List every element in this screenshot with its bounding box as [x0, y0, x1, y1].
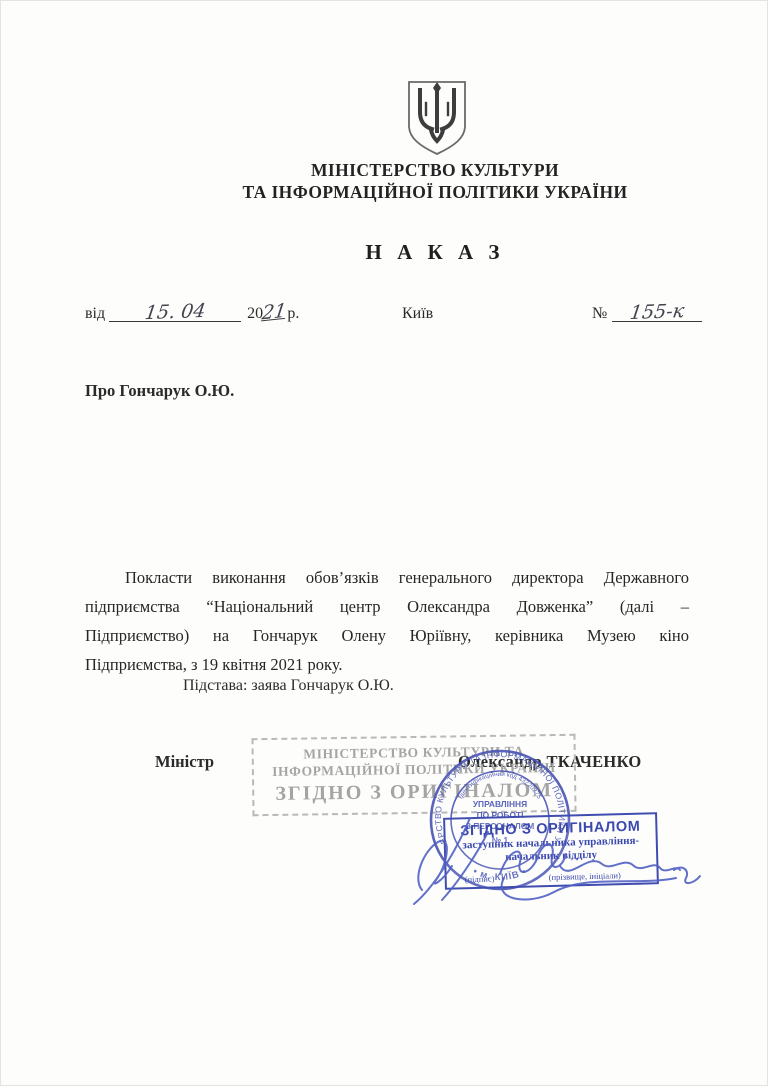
- svg-text:Ідентифікаційний код 43220275: Ідентифікаційний код 43220275: [457, 770, 542, 801]
- seal-center-line1: УПРАВЛІННЯ: [473, 799, 527, 809]
- minister-title: Міністр: [155, 752, 214, 772]
- body-line: підприємства “Національний центр Олексан…: [85, 592, 689, 621]
- basis-line: Підстава: заява Гончарук О.Ю.: [183, 677, 394, 695]
- name-caption: (прізвище, ініціали): [549, 870, 621, 882]
- ministry-name-line1: МІНІСТЕРСТВО КУЛЬТУРИ: [90, 160, 768, 181]
- signature-caption: (підпис): [465, 873, 495, 884]
- date-number-row: від15. 042021р. Київ №155-к: [0, 297, 768, 337]
- body-line: Підприємство) на Гончарук Олену Юріївну,…: [85, 621, 689, 650]
- order-document-page: МІНІСТЕРСТВО КУЛЬТУРИ ТА ІНФОРМАЦІЙНОЇ П…: [0, 0, 768, 1086]
- body-line: Підприємства, з 19 квітня 2021 року.: [85, 650, 689, 679]
- year-suffix: р.: [287, 305, 299, 322]
- order-title: Н А К А З: [90, 240, 768, 265]
- order-subject: Про Гончарук О.Ю.: [85, 381, 234, 401]
- handwritten-number: 155-к: [629, 304, 685, 321]
- blue-certification-stamp: ЗГІДНО З ОРИГІНАЛОМ заступник начальника…: [443, 812, 659, 890]
- trident-tip: [433, 82, 441, 94]
- number-blank-line: 155-к: [612, 305, 702, 322]
- seal-inner-ring-text: Ідентифікаційний код 43220275: [457, 770, 542, 801]
- ukraine-trident-emblem-icon: [404, 79, 470, 157]
- body-line: Покласти виконання обов’язків генерально…: [85, 563, 689, 592]
- order-body-paragraph: Покласти виконання обов’язків генерально…: [85, 563, 689, 679]
- number-group: №155-к: [592, 305, 702, 323]
- blue-stamp-labels: (підпис) (прізвище, ініціали): [447, 869, 657, 874]
- number-sign: №: [592, 305, 607, 322]
- handwritten-date: 15. 04: [144, 304, 206, 320]
- ministry-name-line2: ТА ІНФОРМАЦІЙНОЇ ПОЛІТИКИ УКРАЇНИ: [90, 182, 768, 203]
- handwritten-year: 21: [261, 304, 287, 322]
- date-group: від15. 042021р.: [85, 305, 299, 323]
- city-label: Київ: [402, 305, 433, 323]
- date-blank-line: 15. 04: [109, 305, 241, 322]
- date-prefix-label: від: [85, 305, 105, 322]
